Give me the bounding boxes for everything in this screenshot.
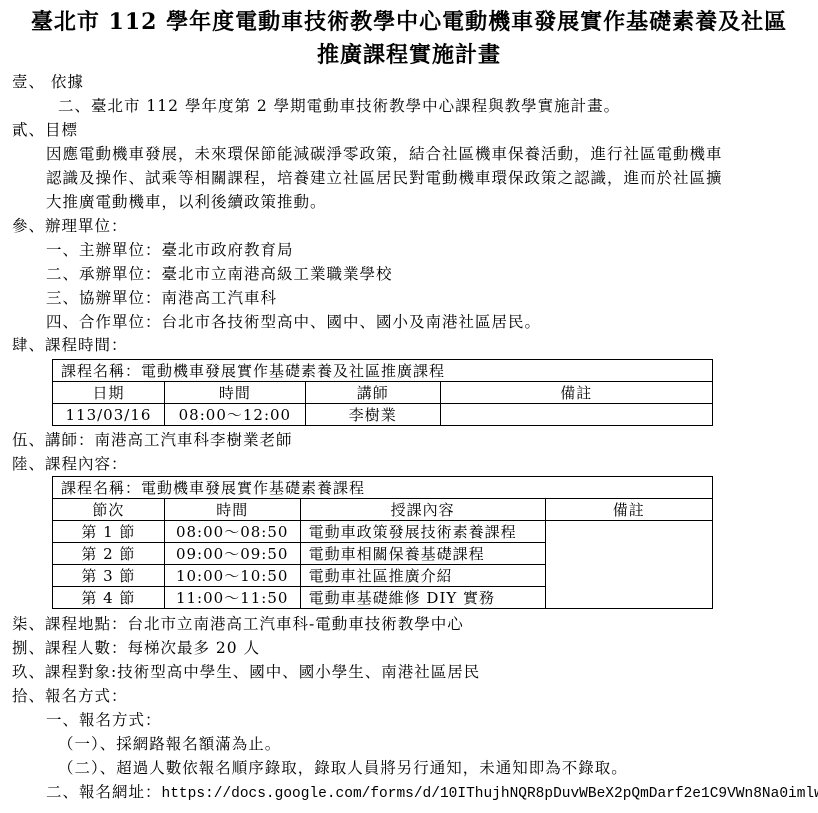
cell-content: 電動車社區推廣介紹 xyxy=(300,565,545,587)
document-title-line1: 臺北市 112 學年度電動車技術教學中心電動機車發展實作基礎素養及社區 xyxy=(0,8,818,36)
section-3-item-partner: 四、合作單位：台北市各技術型高中、國中、國小及南港社區居民。 xyxy=(46,311,541,333)
table-caption-row: 課程名稱：電動機車發展實作基礎素養及社區推廣課程 xyxy=(53,360,713,382)
section-6-heading: 陸、課程內容： xyxy=(12,453,128,475)
section-2-paragraph-line: 大推廣電動機車，以利後續政策推動。 xyxy=(46,191,327,213)
column-header-session: 節次 xyxy=(53,499,165,521)
section-8-capacity: 捌、課程人數：每梯次最多 20 人 xyxy=(12,637,260,659)
table-header-row: 節次 時間 授課內容 備註 xyxy=(53,499,713,521)
course-schedule-table: 課程名稱：電動機車發展實作基礎素養及社區推廣課程 日期 時間 講師 備註 113… xyxy=(52,359,713,426)
section-2-paragraph-line: 因應電動機車發展，未來環保節能減碳淨零政策，結合社區機車保養活動，進行社區電動機… xyxy=(46,143,723,165)
column-header-remarks: 備註 xyxy=(545,499,712,521)
cell-time: 10:00～10:50 xyxy=(164,565,300,587)
registration-rule-1: （一）、採網路報名額滿為止。 xyxy=(58,733,281,755)
section-9-audience: 玖、課程對象:技術型高中學生、國中、國小學生、南港社區居民 xyxy=(12,661,480,683)
section-4-heading: 肆、課程時間： xyxy=(12,334,128,356)
registration-url-row: 二、報名網址：https://docs.google.com/forms/d/1… xyxy=(46,781,818,805)
column-header-content: 授課內容 xyxy=(300,499,545,521)
cell-instructor: 李樹業 xyxy=(305,404,440,426)
cell-session: 第 1 節 xyxy=(53,521,165,543)
cell-time: 08:00～12:00 xyxy=(164,404,305,426)
table-row: 113/03/16 08:00～12:00 李樹業 xyxy=(53,404,713,426)
course-content-table: 課程名稱：電動機車發展實作基礎素養課程 節次 時間 授課內容 備註 第 1 節 … xyxy=(52,476,713,609)
registration-url-label: 二、報名網址： xyxy=(46,783,162,801)
cell-time: 09:00～09:50 xyxy=(164,543,300,565)
cell-session: 第 3 節 xyxy=(53,565,165,587)
cell-session: 第 4 節 xyxy=(53,587,165,609)
column-header-date: 日期 xyxy=(53,382,165,404)
table-header-row: 日期 時間 講師 備註 xyxy=(53,382,713,404)
section-2-heading: 貳、目標 xyxy=(12,119,78,141)
column-header-remarks: 備註 xyxy=(440,382,712,404)
table-caption-row: 課程名稱：電動機車發展實作基礎素養課程 xyxy=(53,477,713,499)
cell-remarks-merged xyxy=(545,521,712,609)
cell-content: 電動車基礎維修 DIY 實務 xyxy=(300,587,545,609)
section-1-item: 二、臺北市 112 學年度第 2 學期電動車技術教學中心課程與教學實施計畫。 xyxy=(58,95,620,117)
cell-time: 11:00～11:50 xyxy=(164,587,300,609)
registration-rule-2: （二）、超過人數依報名順序錄取，錄取人員將另行通知，未通知即為不錄取。 xyxy=(58,757,628,779)
section-3-item-executor: 二、承辦單位：臺北市立南港高級工業職業學校 xyxy=(46,263,393,285)
section-5-instructor: 伍、講師：南港高工汽車科李樹業老師 xyxy=(12,429,293,451)
cell-session: 第 2 節 xyxy=(53,543,165,565)
cell-content: 電動車政策發展技術素養課程 xyxy=(300,521,545,543)
cell-time: 08:00～08:50 xyxy=(164,521,300,543)
document-title-line2: 推廣課程實施計畫 xyxy=(0,41,818,69)
section-10-heading: 拾、報名方式： xyxy=(12,685,128,707)
section-3-item-organizer: 一、主辦單位：臺北市政府教育局 xyxy=(46,239,294,261)
section-3-item-co-organizer: 三、協辦單位：南港高工汽車科 xyxy=(46,287,277,309)
cell-date: 113/03/16 xyxy=(53,404,165,426)
registration-url-link[interactable]: https://docs.google.com/forms/d/10IThujh… xyxy=(162,786,818,802)
section-3-heading: 參、辦理單位： xyxy=(12,215,128,237)
section-7-location: 柒、課程地點：台北市立南港高工汽車科-電動車技術教學中心 xyxy=(12,613,464,635)
section-1-heading: 壹、 依據 xyxy=(12,71,84,93)
section-2-paragraph-line: 認識及操作、試乘等相關課程，培養建立社區居民對電動機車環保政策之認識，進而於社區… xyxy=(46,167,723,189)
table-caption: 課程名稱：電動機車發展實作基礎素養及社區推廣課程 xyxy=(53,360,713,382)
cell-content: 電動車相關保養基礎課程 xyxy=(300,543,545,565)
column-header-time: 時間 xyxy=(164,382,305,404)
table-caption: 課程名稱：電動機車發展實作基礎素養課程 xyxy=(53,477,713,499)
cell-remarks xyxy=(440,404,712,426)
column-header-instructor: 講師 xyxy=(305,382,440,404)
column-header-time: 時間 xyxy=(164,499,300,521)
registration-method-label: 一、報名方式： xyxy=(46,709,162,731)
table-row: 第 1 節 08:00～08:50 電動車政策發展技術素養課程 xyxy=(53,521,713,543)
